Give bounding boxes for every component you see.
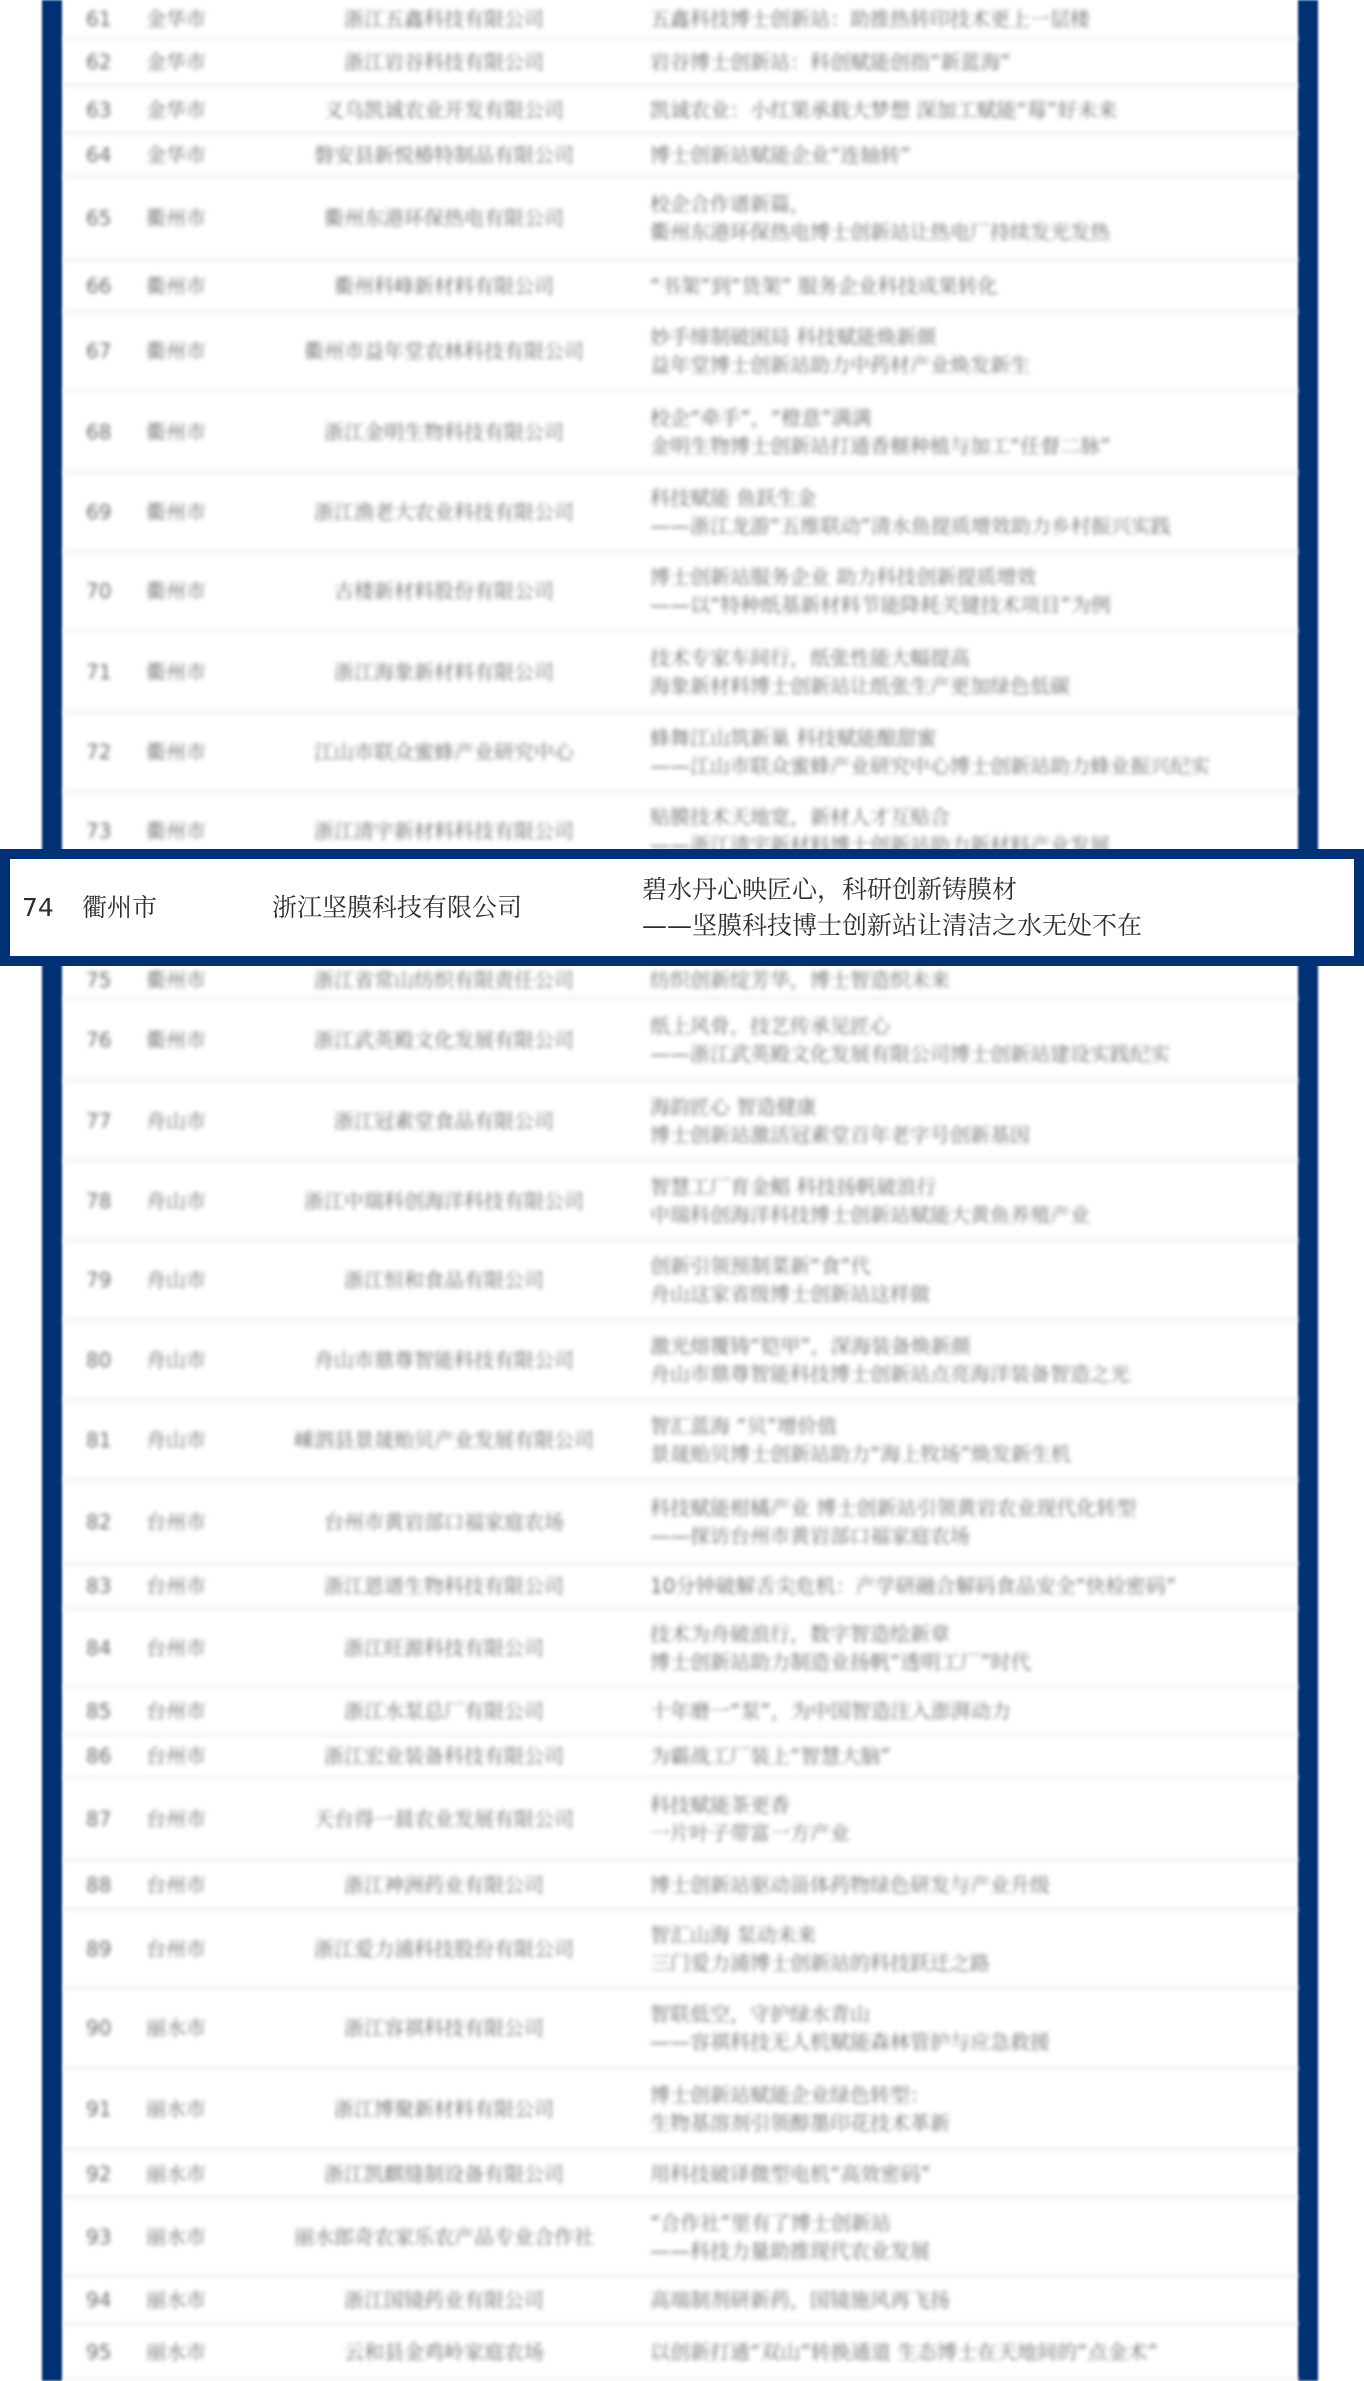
row-city: 台州市 (146, 1481, 246, 1562)
row-company: 衢州东港环保热电有限公司 (244, 178, 644, 258)
row-theme: 博士创新站赋能企业绿色转型：生物基溶剂引领醇墨印花技术革新 (650, 2070, 1290, 2148)
table-row: 82台州市台州市黄岩部口福家庭农场科技赋能柑橘产业 博士创新站引领黄岩农业现代化… (64, 1481, 1298, 1565)
row-company: 舟山市鼎尊智能科技有限公司 (244, 1321, 644, 1398)
row-number: 70 (86, 553, 126, 629)
row-city: 衢州市 (146, 632, 246, 711)
row-city: 舟山市 (146, 1321, 246, 1398)
table-row: 90丽水市浙江容祺科技有限公司智联低空，守护绿水青山——容祺科技无人机赋能森林管… (64, 1989, 1298, 2070)
row-theme: 智汇山海 泵动未来三门爱力浦博士创新站的科技跃迁之路 (650, 1911, 1290, 1986)
row-company: 丽水郎奇农家乐农产品专业合作社 (244, 2199, 644, 2274)
row-number: 74 (22, 859, 72, 956)
row-theme: 智联低空，守护绿水青山——容祺科技无人机赋能森林管护与应急救援 (650, 1989, 1290, 2067)
row-theme-line: 舟山市鼎尊智能科技博士创新站点亮海洋装备智造之光 (650, 1360, 1130, 1388)
row-company: 台州市黄岩部口福家庭农场 (244, 1481, 644, 1562)
row-company: 浙江省常山纺织有限责任公司 (244, 962, 644, 997)
row-company: 浙江宏业装备科技有限公司 (244, 1736, 644, 1776)
table-row: 80舟山市舟山市鼎尊智能科技有限公司激光熔覆铸“铠甲”，深海装备焕新颜舟山市鼎尊… (64, 1321, 1298, 1401)
row-theme-line: 纸上风骨，技艺传承见匠心 (650, 1012, 890, 1040)
row-theme-line: ——探访台州市黄岩部口福家庭农场 (650, 1522, 970, 1550)
row-theme-line: 中瑞科创海洋科技博士创新站赋能大黄鱼养殖产业 (650, 1201, 1090, 1229)
row-theme: 技术专家车间行，纸张性能大幅提高海象新材料博士创新站让纸张生产更加绿色低碳 (650, 632, 1290, 711)
row-theme-line: 激光熔覆铸“铠甲”，深海装备焕新颜 (650, 1332, 971, 1360)
table-row: 77舟山市浙江冠素堂食品有限公司海韵匠心 智造健康博士创新站激活冠素堂百年老字号… (64, 1082, 1298, 1162)
row-company: 浙江水泵总厂有限公司 (244, 1688, 644, 1733)
row-theme: 博士创新站驱动甾体药物绿色研发与产业升级 (650, 1861, 1290, 1908)
row-theme: 以创新打通“双山”转换通道 生态博士在天地间的“点金术” (650, 2325, 1290, 2378)
row-city: 丽水市 (146, 2199, 246, 2274)
table-row: 93丽水市丽水郎奇农家乐农产品专业合作社“合作社”里有了博士创新站——科技力量助… (64, 2199, 1298, 2277)
row-theme-line: 纺织创新绽芳华，博士智造织未来 (650, 966, 950, 994)
row-company: 浙江坚膜科技有限公司 (272, 859, 672, 956)
row-city: 丽水市 (146, 2070, 246, 2148)
table-row: 88台州市浙江神洲药业有限公司博士创新站驱动甾体药物绿色研发与产业升级 (64, 1861, 1298, 1911)
table-row: 66衢州市衢州科峰新材料有限公司“书架”到“货架” 服务企业科技成果转化 (64, 261, 1298, 313)
row-company: 江山市联众蜜蜂产业研究中心 (244, 714, 644, 790)
row-company: 天台得一晨农业发展有限公司 (244, 1779, 644, 1858)
row-company: 衢州市益年堂农林科技有限公司 (244, 313, 644, 389)
row-theme-line: 三门爱力浦博士创新站的科技跃迁之路 (650, 1949, 990, 1977)
table-row: 78舟山市浙江中瑞科创海洋科技有限公司智慧工厂育金鲳 科技扬帆破浪行中瑞科创海洋… (64, 1162, 1298, 1242)
row-theme-line: 用科技破译微型电机“高效密码” (650, 2160, 931, 2188)
row-theme-line: 海韵匠心 智造健康 (650, 1093, 816, 1121)
row-number: 68 (86, 392, 126, 471)
row-city: 丽水市 (146, 1989, 246, 2067)
row-number: 65 (86, 178, 126, 258)
row-theme-line: 舟山这家省级博士创新站这样做 (650, 1280, 930, 1308)
row-number: 80 (86, 1321, 126, 1398)
row-theme: 技术为舟破浪行，数字智造绘新章博士创新站助力制造业扬帆“透明工厂”时代 (650, 1610, 1290, 1685)
table-row: 89台州市浙江爱力浦科技股份有限公司智汇山海 泵动未来三门爱力浦博士创新站的科技… (64, 1911, 1298, 1989)
table-row: 91丽水市浙江博聚新材料有限公司博士创新站赋能企业绿色转型：生物基溶剂引领醇墨印… (64, 2070, 1298, 2151)
row-theme-line: 科技赋能茶更香 (650, 1791, 790, 1819)
row-theme-title: 碧水丹心映匠心，科研创新铸膜材 (642, 872, 1017, 908)
table-frame-left-border (42, 0, 62, 2381)
row-theme-line: 博士创新站驱动甾体药物绿色研发与产业升级 (650, 1871, 1050, 1899)
row-city: 丽水市 (146, 2325, 246, 2378)
table-row: 63金华市义乌凯诚农业开发有限公司凯诚农业：小红果承载大梦想 深加工赋能“莓”好… (64, 87, 1298, 135)
row-company: 浙江五鑫科技有限公司 (244, 0, 644, 37)
row-theme-line: 高端制剂研新药，国镜施风再飞扬 (650, 2286, 950, 2314)
row-theme-line: 衢州东港环保热电博士创新站让热电厂持续发光发热 (650, 218, 1110, 246)
row-city: 衢州市 (82, 859, 222, 956)
row-city: 衢州市 (146, 714, 246, 790)
row-theme-line: 生物基溶剂引领醇墨印花技术革新 (650, 2109, 950, 2137)
row-theme: 五鑫科技博士创新站：助推热转印技术更上一层楼 (650, 0, 1290, 37)
row-number: 77 (86, 1082, 126, 1159)
row-city: 台州市 (146, 1736, 246, 1776)
row-theme-line: “书架”到“货架” 服务企业科技成果转化 (650, 272, 998, 300)
row-theme-line: 10分钟破解舌尖危机：产学研融合解码食品安全“快检密码” (650, 1572, 1176, 1600)
table-row: 76衢州市浙江武英殿文化发展有限公司纸上风骨，技艺传承见匠心——浙江武英殿文化发… (64, 1000, 1298, 1082)
row-city: 衢州市 (146, 962, 246, 997)
table-row: 62金华市浙江岩谷科技有限公司岩谷博士创新站：科创赋能创指“新蓝海” (64, 40, 1298, 87)
row-theme-line: 博士创新站助力制造业扬帆“透明工厂”时代 (650, 1648, 1031, 1676)
row-theme-line: 金明生物博士创新站打通香榧种植与加工“任督二脉” (650, 432, 1111, 460)
row-city: 台州市 (146, 1861, 246, 1908)
row-number: 79 (86, 1242, 126, 1318)
row-theme: 高端制剂研新药，国镜施风再飞扬 (650, 2277, 1290, 2322)
table-row: 69衢州市浙江渔老大农业科技有限公司科技赋能 鱼跃生金——浙江龙游“五维联动”清… (64, 474, 1298, 553)
row-company: 义乌凯诚农业开发有限公司 (244, 87, 644, 132)
row-number: 87 (86, 1779, 126, 1858)
row-theme-line: 妙手缔制破困局 科技赋能焕新颜 (650, 323, 936, 351)
row-theme-line: 贴膜技术天地宽，新材人才互贴合 (650, 803, 950, 831)
highlighted-row-body: 74 衢州市 浙江坚膜科技有限公司 碧水丹心映匠心，科研创新铸膜材 ——坚膜科技… (10, 859, 1354, 956)
row-theme: 妙手缔制破困局 科技赋能焕新颜益年堂博士创新站助力中药材产业焕发新生 (650, 313, 1290, 389)
table-row: 83台州市浙江恩谱生物科技有限公司10分钟破解舌尖危机：产学研融合解码食品安全“… (64, 1565, 1298, 1610)
row-theme: 海韵匠心 智造健康博士创新站激活冠素堂百年老字号创新基因 (650, 1082, 1290, 1159)
table-row: 85台州市浙江水泵总厂有限公司十年磨一“泵”，为中国智造注入澎湃动力 (64, 1688, 1298, 1736)
row-theme: 科技赋能茶更香一片叶子带富一方产业 (650, 1779, 1290, 1858)
row-city: 衢州市 (146, 313, 246, 389)
table-row: 68衢州市浙江金明生物科技有限公司校企“牵手”，“橙意”满满金明生物博士创新站打… (64, 392, 1298, 474)
row-city: 丽水市 (146, 2151, 246, 2196)
row-company: 浙江中瑞科创海洋科技有限公司 (244, 1162, 644, 1239)
row-theme-line: 为霸战工厂装上“智慧大脑” (650, 1742, 891, 1770)
table-row: 86台州市浙江宏业装备科技有限公司为霸战工厂装上“智慧大脑” (64, 1736, 1298, 1779)
row-theme-line: 校企“牵手”，“橙意”满满 (650, 404, 871, 432)
table-row: 67衢州市衢州市益年堂农林科技有限公司妙手缔制破困局 科技赋能焕新颜益年堂博士创… (64, 313, 1298, 392)
row-theme: 岩谷博士创新站：科创赋能创指“新蓝海” (650, 40, 1290, 84)
row-theme-line: ——容祺科技无人机赋能森林管护与应急救援 (650, 2028, 1050, 2056)
row-number: 92 (86, 2151, 126, 2196)
row-number: 82 (86, 1481, 126, 1562)
row-theme: 十年磨一“泵”，为中国智造注入澎湃动力 (650, 1688, 1290, 1733)
row-number: 69 (86, 474, 126, 550)
row-number: 91 (86, 2070, 126, 2148)
row-city: 衢州市 (146, 1000, 246, 1079)
row-theme: 智慧工厂育金鲳 科技扬帆破浪行中瑞科创海洋科技博士创新站赋能大黄鱼养殖产业 (650, 1162, 1290, 1239)
row-city: 舟山市 (146, 1242, 246, 1318)
row-theme: 校企“牵手”，“橙意”满满金明生物博士创新站打通香榧种植与加工“任督二脉” (650, 392, 1290, 471)
row-company: 浙江武英殿文化发展有限公司 (244, 1000, 644, 1079)
row-theme-line: ——以“特种纸基新材料节能降耗关键技术项目”为例 (650, 591, 1111, 619)
row-theme: 用科技破译微型电机“高效密码” (650, 2151, 1290, 2196)
table-row: 72衢州市江山市联众蜜蜂产业研究中心蜂舞江山筑新巢 科技赋能酿甜蜜——江山市联众… (64, 714, 1298, 793)
row-theme-line: 智汇蓝海 “贝”增价值 (650, 1412, 837, 1440)
row-theme-line: 海象新材料博士创新站让纸张生产更加绿色低碳 (650, 672, 1070, 700)
row-company: 衢州科峰新材料有限公司 (244, 261, 644, 310)
row-number: 95 (86, 2325, 126, 2378)
highlighted-row-74: 74 衢州市 浙江坚膜科技有限公司 碧水丹心映匠心，科研创新铸膜材 ——坚膜科技… (0, 849, 1364, 966)
row-number: 78 (86, 1162, 126, 1239)
table-frame-right-border (1298, 0, 1318, 2381)
row-number: 89 (86, 1911, 126, 1986)
row-city: 金华市 (146, 0, 246, 37)
row-theme-line: 蜂舞江山筑新巢 科技赋能酿甜蜜 (650, 724, 936, 752)
row-theme: 博士创新站赋能企业“连轴转” (650, 135, 1290, 175)
row-company: 浙江博聚新材料有限公司 (244, 2070, 644, 2148)
row-number: 93 (86, 2199, 126, 2274)
row-number: 71 (86, 632, 126, 711)
row-city: 台州市 (146, 1911, 246, 1986)
row-theme: 科技赋能柑橘产业 博士创新站引领黄岩农业现代化转型——探访台州市黄岩部口福家庭农… (650, 1481, 1290, 1562)
row-company: 浙江容祺科技有限公司 (244, 1989, 644, 2067)
row-theme-line: ——浙江武英殿文化发展有限公司博士创新站建设实践纪实 (650, 1040, 1170, 1068)
row-company: 磐安县新悦椿特制品有限公司 (244, 135, 644, 175)
table-row: 70衢州市古楼新材料股份有限公司博士创新站服务企业 助力科技创新提质增效——以“… (64, 553, 1298, 632)
row-city: 丽水市 (146, 2277, 246, 2322)
row-number: 61 (86, 0, 126, 37)
row-number: 76 (86, 1000, 126, 1079)
table-row: 92丽水市浙江凯麒缝制设备有限公司用科技破译微型电机“高效密码” (64, 2151, 1298, 2199)
row-theme-line: 十年磨一“泵”，为中国智造注入澎湃动力 (650, 1697, 1011, 1725)
row-company: 浙江渔老大农业科技有限公司 (244, 474, 644, 550)
row-company: 浙江爱力浦科技股份有限公司 (244, 1911, 644, 1986)
row-company: 浙江凯麒缝制设备有限公司 (244, 2151, 644, 2196)
row-company: 浙江神洲药业有限公司 (244, 1861, 644, 1908)
row-company: 浙江恒和食品有限公司 (244, 1242, 644, 1318)
row-theme: 创新引领预制菜新“食”代舟山这家省级博士创新站这样做 (650, 1242, 1290, 1318)
table-row: 65衢州市衢州东港环保热电有限公司校企合作谱新篇，衢州东港环保热电博士创新站让热… (64, 178, 1298, 261)
table-row: 95丽水市云和县金鸡岭家庭农场以创新打通“双山”转换通道 生态博士在天地间的“点… (64, 2325, 1298, 2381)
table-row: 64金华市磐安县新悦椿特制品有限公司博士创新站赋能企业“连轴转” (64, 135, 1298, 178)
doctoral-innovation-station-table: 61金华市浙江五鑫科技有限公司五鑫科技博士创新站：助推热转印技术更上一层楼62金… (64, 0, 1298, 2381)
row-theme-subtitle: ——坚膜科技博士创新站让清洁之水无处不在 (642, 908, 1142, 944)
row-city: 舟山市 (146, 1401, 246, 1478)
row-theme: 科技赋能 鱼跃生金——浙江龙游“五维联动”清水鱼提质增效助力乡村振兴实践 (650, 474, 1290, 550)
row-theme-line: 景晟贻贝博士创新站助力“海上牧场”焕发新生机 (650, 1440, 1071, 1468)
row-theme-line: 校企合作谱新篇， (650, 190, 810, 218)
row-number: 67 (86, 313, 126, 389)
row-number: 75 (86, 962, 126, 997)
row-theme: 10分钟破解舌尖危机：产学研融合解码食品安全“快检密码” (650, 1565, 1290, 1607)
row-theme: 纸上风骨，技艺传承见匠心——浙江武英殿文化发展有限公司博士创新站建设实践纪实 (650, 1000, 1290, 1079)
row-theme-line: 博士创新站激活冠素堂百年老字号创新基因 (650, 1121, 1030, 1149)
row-number: 66 (86, 261, 126, 310)
row-number: 90 (86, 1989, 126, 2067)
row-theme: 为霸战工厂装上“智慧大脑” (650, 1736, 1290, 1776)
row-number: 84 (86, 1610, 126, 1685)
row-city: 台州市 (146, 1610, 246, 1685)
row-company: 浙江旺源科技有限公司 (244, 1610, 644, 1685)
row-theme-line: 技术为舟破浪行，数字智造绘新章 (650, 1620, 950, 1648)
row-theme-line: 凯诚农业：小红果承载大梦想 深加工赋能“莓”好未来 (650, 96, 1117, 124)
row-theme-line: “合作社”里有了博士创新站 (650, 2209, 891, 2237)
row-theme-line: 一片叶子带富一方产业 (650, 1819, 850, 1847)
row-city: 金华市 (146, 40, 246, 84)
row-number: 72 (86, 714, 126, 790)
row-theme: 激光熔覆铸“铠甲”，深海装备焕新颜舟山市鼎尊智能科技博士创新站点亮海洋装备智造之… (650, 1321, 1290, 1398)
row-number: 83 (86, 1565, 126, 1607)
row-city: 台州市 (146, 1779, 246, 1858)
row-theme-line: 智慧工厂育金鲳 科技扬帆破浪行 (650, 1173, 936, 1201)
table-row: 71衢州市浙江海象新材料有限公司技术专家车间行，纸张性能大幅提高海象新材料博士创… (64, 632, 1298, 714)
row-theme-line: 益年堂博士创新站助力中药材产业焕发新生 (650, 351, 1030, 379)
row-city: 衢州市 (146, 392, 246, 471)
table-row: 81舟山市嵊泗县景晟贻贝产业发展有限公司智汇蓝海 “贝”增价值景晟贻贝博士创新站… (64, 1401, 1298, 1481)
row-theme-line: 智汇山海 泵动未来 (650, 1921, 816, 1949)
row-theme-line: ——科技力量助推现代农业发展 (650, 2237, 930, 2265)
row-company: 浙江岩谷科技有限公司 (244, 40, 644, 84)
row-company: 浙江金明生物科技有限公司 (244, 392, 644, 471)
row-theme-line: ——江山市联众蜜蜂产业研究中心博士创新站助力蜂业振兴纪实 (650, 752, 1210, 780)
row-theme-line: 创新引领预制菜新“食”代 (650, 1252, 871, 1280)
row-theme-line: 技术专家车间行，纸张性能大幅提高 (650, 644, 970, 672)
row-number: 94 (86, 2277, 126, 2322)
row-city: 舟山市 (146, 1082, 246, 1159)
row-number: 63 (86, 87, 126, 132)
table-row: 61金华市浙江五鑫科技有限公司五鑫科技博士创新站：助推热转印技术更上一层楼 (64, 0, 1298, 40)
row-theme: 智汇蓝海 “贝”增价值景晟贻贝博士创新站助力“海上牧场”焕发新生机 (650, 1401, 1290, 1478)
row-city: 衢州市 (146, 553, 246, 629)
table-row: 94丽水市浙江国镜药业有限公司高端制剂研新药，国镜施风再飞扬 (64, 2277, 1298, 2325)
row-number: 86 (86, 1736, 126, 1776)
row-company: 云和县金鸡岭家庭农场 (244, 2325, 644, 2378)
row-company: 浙江海象新材料有限公司 (244, 632, 644, 711)
row-company: 古楼新材料股份有限公司 (244, 553, 644, 629)
row-city: 台州市 (146, 1688, 246, 1733)
row-company: 浙江恩谱生物科技有限公司 (244, 1565, 644, 1607)
row-number: 64 (86, 135, 126, 175)
row-theme: 凯诚农业：小红果承载大梦想 深加工赋能“莓”好未来 (650, 87, 1290, 132)
row-theme: 纺织创新绽芳华，博士智造织未来 (650, 962, 1290, 997)
row-theme-line: ——浙江龙游“五维联动”清水鱼提质增效助力乡村振兴实践 (650, 512, 1171, 540)
table-row: 75衢州市浙江省常山纺织有限责任公司纺织创新绽芳华，博士智造织未来 (64, 962, 1298, 1000)
row-company: 嵊泗县景晟贻贝产业发展有限公司 (244, 1401, 644, 1478)
row-theme: 蜂舞江山筑新巢 科技赋能酿甜蜜——江山市联众蜜蜂产业研究中心博士创新站助力蜂业振… (650, 714, 1290, 790)
row-theme-line: 科技赋能 鱼跃生金 (650, 484, 816, 512)
row-city: 衢州市 (146, 261, 246, 310)
row-theme-line: 岩谷博士创新站：科创赋能创指“新蓝海” (650, 48, 1011, 76)
row-theme-line: 博士创新站赋能企业“连轴转” (650, 141, 911, 169)
row-number: 81 (86, 1401, 126, 1478)
row-number: 88 (86, 1861, 126, 1908)
row-number: 85 (86, 1688, 126, 1733)
row-theme-line: 博士创新站赋能企业绿色转型： (650, 2081, 930, 2109)
row-number: 62 (86, 40, 126, 84)
row-theme: 校企合作谱新篇，衢州东港环保热电博士创新站让热电厂持续发光发热 (650, 178, 1290, 258)
row-city: 衢州市 (146, 474, 246, 550)
row-city: 台州市 (146, 1565, 246, 1607)
row-city: 衢州市 (146, 178, 246, 258)
row-theme: 博士创新站服务企业 助力科技创新提质增效——以“特种纸基新材料节能降耗关键技术项… (650, 553, 1290, 629)
row-theme: 碧水丹心映匠心，科研创新铸膜材 ——坚膜科技博士创新站让清洁之水无处不在 (642, 859, 1342, 956)
row-city: 舟山市 (146, 1162, 246, 1239)
table-row: 79舟山市浙江恒和食品有限公司创新引领预制菜新“食”代舟山这家省级博士创新站这样… (64, 1242, 1298, 1321)
row-company: 浙江冠素堂食品有限公司 (244, 1082, 644, 1159)
row-theme: “书架”到“货架” 服务企业科技成果转化 (650, 261, 1290, 310)
row-theme-line: 博士创新站服务企业 助力科技创新提质增效 (650, 563, 1036, 591)
row-theme: “合作社”里有了博士创新站——科技力量助推现代农业发展 (650, 2199, 1290, 2274)
row-theme-line: 科技赋能柑橘产业 博士创新站引领黄岩农业现代化转型 (650, 1494, 1136, 1522)
row-city: 金华市 (146, 135, 246, 175)
table-row: 84台州市浙江旺源科技有限公司技术为舟破浪行，数字智造绘新章博士创新站助力制造业… (64, 1610, 1298, 1688)
row-theme-line: 智联低空，守护绿水青山 (650, 2000, 870, 2028)
row-theme-line: 以创新打通“双山”转换通道 生态博士在天地间的“点金术” (650, 2338, 1158, 2366)
table-row: 87台州市天台得一晨农业发展有限公司科技赋能茶更香一片叶子带富一方产业 (64, 1779, 1298, 1861)
row-company: 浙江国镜药业有限公司 (244, 2277, 644, 2322)
row-theme-line: 五鑫科技博士创新站：助推热转印技术更上一层楼 (650, 5, 1090, 33)
row-city: 金华市 (146, 87, 246, 132)
